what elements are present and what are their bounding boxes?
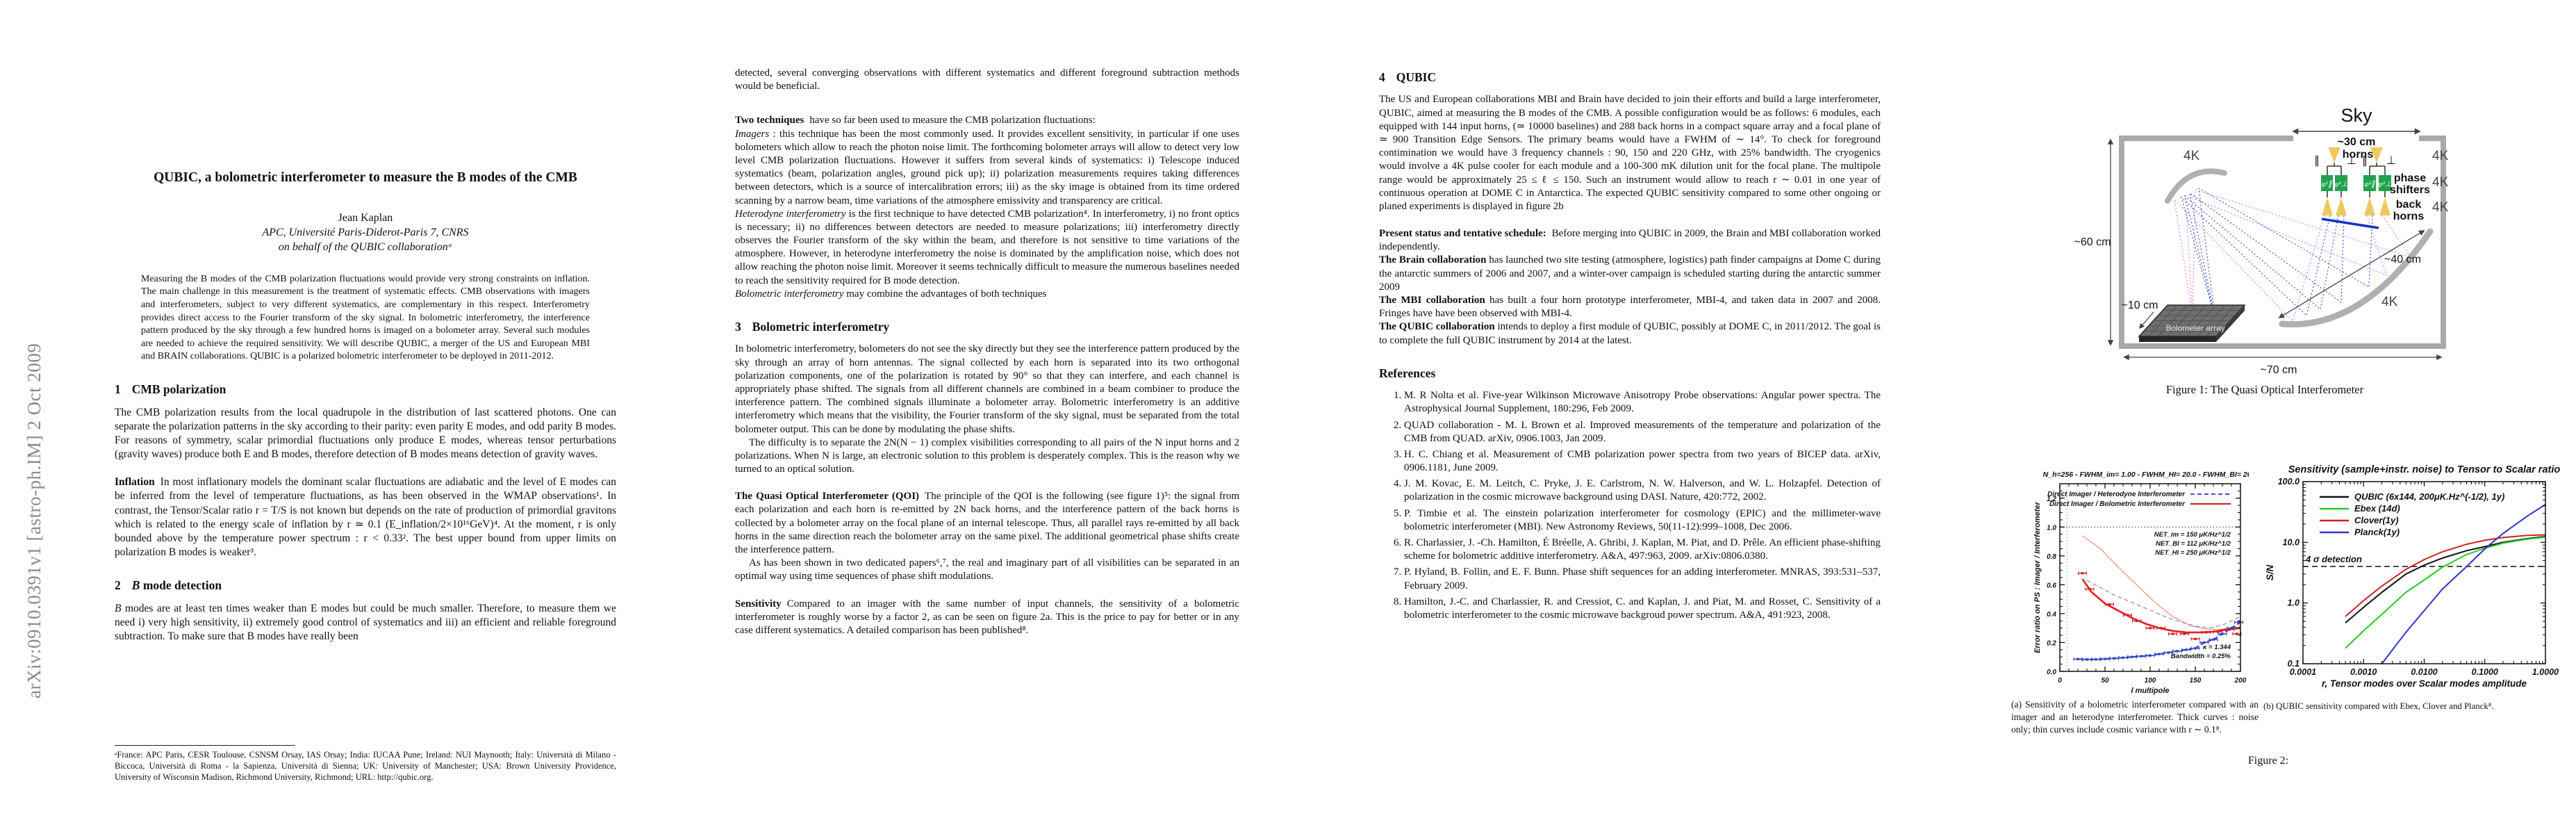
beam-combiner-line — [2322, 219, 2379, 228]
svg-text:150: 150 — [2190, 677, 2202, 685]
svg-text:κ = 1.344: κ = 1.344 — [2203, 644, 2231, 651]
svg-text:0.0100: 0.0100 — [2411, 667, 2437, 677]
svg-text:1.0: 1.0 — [2047, 524, 2056, 532]
page-title: QUBIC, a bolometric interferometer to me… — [115, 169, 616, 186]
reference-item: P. Timbie et al. The einstein polarizati… — [1404, 507, 1881, 534]
reference-item: H. C. Chiang et al. Measurement of CMB p… — [1404, 448, 1881, 475]
svg-text:N_h=256 - FWHM_im= 1.00 -: N_h=256 - FWHM_im= 1.00 - FWHM_HI= 20.0 … — [2043, 471, 2249, 479]
svg-text:0.4: 0.4 — [2047, 611, 2056, 619]
figure-1-diagram: Sky ~30 cm horns ∥ ⊥ ∥ ⊥ φ¹∥ φ¹⊥ φ²∥ φ²⊥ — [2070, 54, 2557, 377]
back-horn-stems — [2327, 191, 2385, 197]
phase-label-1: phase — [2394, 172, 2426, 184]
svg-text:l multipole: l multipole — [2131, 687, 2170, 695]
svg-text:Sensitivity (sample+instr. noi: Sensitivity (sample+instr. noise) to Ten… — [2288, 464, 2561, 475]
back-label-2: horns — [2393, 211, 2425, 222]
figure-2a-caption: (a) Sensitivity of a bolometric interfer… — [2011, 698, 2259, 735]
sky-label: Sky — [2340, 105, 2372, 126]
svg-text:Direct Imager / Bolometric Int: Direct Imager / Bolometric Interferomete… — [2049, 500, 2186, 508]
4k-label: 4K — [2381, 295, 2398, 309]
bolometric-line: Bolometric interferometry may combine th… — [735, 288, 1239, 301]
author-name: Jean Kaplan — [115, 211, 616, 226]
svg-text:100: 100 — [2145, 677, 2156, 685]
bolometer-array-label: Bolometer array — [2165, 323, 2224, 333]
two-techniques-paragraph: Two techniqueshave so far been used to m… — [735, 114, 1239, 127]
qoi-paragraph: The Quasi Optical Interferometer (QOI)Th… — [735, 490, 1239, 557]
svg-text:Bandwidth = 0.25%: Bandwidth = 0.25% — [2171, 653, 2231, 660]
primary-mirror — [2282, 231, 2430, 325]
arxiv-stamp: arXiv:0910.0391v1 [astro-ph.IM] 2 Oct 20… — [24, 343, 45, 698]
svg-text:NET_im = 150 μK/Hz^1/2: NET_im = 150 μK/Hz^1/2 — [2154, 531, 2231, 539]
reference-item: J. M. Kovac, E. M. Leitch, C. Pryke, J. … — [1404, 477, 1881, 504]
qoi-diagram-svg: Sky ~30 cm horns ∥ ⊥ ∥ ⊥ φ¹∥ φ¹⊥ φ²∥ φ²⊥ — [2070, 54, 2557, 377]
carryover-paragraph: detected, several converging observation… — [735, 67, 1239, 93]
4k-label: 4K — [2432, 149, 2449, 163]
inflation-lead: Inflation — [115, 476, 155, 488]
author-behalf: on behalf of the QUBIC collaborationᵃ — [115, 240, 616, 255]
page3-column: 4QUBIC The US and European collaboration… — [1379, 69, 1881, 625]
svg-text:NET_BI = 112 μK/Hz^1/2: NET_BI = 112 μK/Hz^1/2 — [2156, 540, 2231, 548]
mbi-paragraph: The MBI collaboration has built a four h… — [1379, 294, 1881, 320]
70cm-label: ~70 cm — [2261, 364, 2297, 376]
figure-2b-caption: (b) QUBIC sensitivity compared with Ebex… — [2263, 701, 2559, 712]
heterodyne-paragraph: Heterodyne interferometry is the first t… — [735, 208, 1239, 288]
references-heading: References — [1379, 366, 1881, 381]
4k-label: 4K — [2183, 149, 2200, 163]
svg-text:S/N: S/N — [2265, 565, 2275, 581]
section-2-paragraph: B modes are at least ten times weaker th… — [115, 602, 616, 644]
svg-text:Direct Imager / Heterodyne Int: Direct Imager / Heterodyne Interferomete… — [2047, 491, 2186, 498]
section-2-heading: 2B mode detection — [115, 578, 616, 594]
svg-text:φ¹∥: φ¹∥ — [2322, 180, 2333, 188]
reference-item: QUAD collaboration - M. L Brown et al. I… — [1404, 419, 1881, 445]
svg-text:0: 0 — [2058, 677, 2062, 685]
30cm-label: ~30 cm — [2338, 136, 2376, 148]
tensor-scalar-chart: 4 σ detection0.00010.00100.01000.10001.0… — [2261, 455, 2565, 697]
reference-item: P. Hyland, B. Follin, and E. F. Bunn. Ph… — [1404, 566, 1881, 592]
back-horns — [2322, 197, 2391, 215]
figure-1-caption: Figure 1: The Quasi Optical Interferomet… — [2036, 383, 2494, 397]
figure-2a-plot: 0501001502000.00.20.40.60.81.01.2N_h=256… — [2032, 456, 2249, 703]
svg-text:0.8: 0.8 — [2047, 553, 2056, 561]
inflation-paragraph: InflationIn most inflationary models the… — [115, 475, 616, 559]
perp-symbol: ⊥ — [2347, 155, 2356, 167]
svg-text:0.0: 0.0 — [2047, 669, 2056, 676]
svg-text:10.0: 10.0 — [2283, 537, 2300, 547]
4k-label: 4K — [2432, 200, 2449, 215]
svg-text:Clover(1y): Clover(1y) — [2354, 515, 2399, 525]
author-affiliation: APC, Université Paris-Diderot-Paris 7, C… — [115, 226, 616, 240]
phase-label-2: shifters — [2390, 184, 2430, 196]
svg-text:QUBIC (6x144, 200μK.Hz^(-1/2),: QUBIC (6x144, 200μK.Hz^(-1/2), 1y) — [2354, 491, 2504, 502]
svg-text:0.6: 0.6 — [2047, 582, 2056, 589]
svg-text:r, Tensor modes over Scalar mo: r, Tensor modes over Scalar modes amplit… — [2322, 678, 2527, 689]
svg-text:φ¹⊥: φ¹⊥ — [2335, 180, 2348, 188]
4k-label: 4K — [2432, 175, 2449, 190]
reference-item: Hamilton, J.-C. and Charlassier, R. and … — [1404, 596, 1881, 622]
10cm-label: ~10 cm — [2122, 300, 2158, 311]
qoi-paragraph-2: As has been shown in two dedicated paper… — [735, 557, 1239, 583]
40cm-label: ~40 cm — [2384, 254, 2421, 265]
svg-text:0.2: 0.2 — [2047, 639, 2056, 647]
svg-text:0.0010: 0.0010 — [2350, 667, 2377, 677]
optical-rays — [2174, 188, 2411, 321]
references-list: M. R Nolta et al. Five-year Wilkinson Mi… — [1379, 389, 1881, 622]
svg-text:Error ratio on PS : Imager / I: Error ratio on PS : Imager / Interferome… — [2033, 501, 2042, 653]
svg-text:1.0000: 1.0000 — [2532, 667, 2559, 677]
parallel-symbol: ∥ — [2314, 155, 2320, 167]
figure-2b-plot: 4 σ detection0.00010.00100.01000.10001.0… — [2261, 455, 2565, 701]
svg-text:0.1000: 0.1000 — [2472, 667, 2498, 677]
brain-paragraph: The Brain collaboration has launched two… — [1379, 254, 1881, 294]
reference-item: R. Charlassier, J. -Ch. Hamilton, É Brée… — [1404, 537, 1881, 563]
figure-2-label: Figure 2: — [2011, 755, 2525, 767]
sensitivity-ratio-chart: 0501001502000.00.20.40.60.81.01.2N_h=256… — [2032, 456, 2249, 699]
imagers-paragraph: Imagers : this technique has been the mo… — [735, 128, 1239, 208]
svg-text:4 σ detection: 4 σ detection — [2305, 554, 2362, 564]
svg-text:50: 50 — [2101, 677, 2109, 685]
parallel-symbol: ∥ — [2362, 155, 2368, 167]
page2-column: detected, several converging observation… — [735, 67, 1239, 637]
qubic-collab-paragraph: The QUBIC collaboration intends to deplo… — [1379, 320, 1881, 347]
section-1-paragraph: The CMB polarization results from the lo… — [115, 406, 616, 462]
60cm-label: ~60 cm — [2074, 236, 2111, 248]
section-4-paragraph: The US and European collaborations MBI a… — [1379, 93, 1881, 213]
back-label-1: back — [2396, 199, 2422, 211]
svg-text:0.1: 0.1 — [2288, 659, 2300, 669]
section-3-paragraph-1: In bolometric interferometry, bolometers… — [735, 343, 1239, 436]
svg-text:Ebex (14d): Ebex (14d) — [2354, 503, 2400, 514]
status-paragraph: Present status and tentative schedule:Be… — [1379, 227, 1881, 254]
section-3-paragraph-2: The difficulty is to separate the 2N(N −… — [735, 436, 1239, 477]
phase-shifter-boxes: φ¹∥ φ¹⊥ φ²∥ φ²⊥ — [2321, 175, 2391, 191]
footnote: ᵃFrance: APC Paris, CESR Toulouse, CSNSM… — [115, 745, 616, 783]
svg-text:Planck(1y): Planck(1y) — [2354, 527, 2400, 537]
svg-text:0.0001: 0.0001 — [2290, 667, 2316, 677]
paper-screenshot: { "arxiv": {"stamp": "arXiv:0910.0391v1 … — [0, 0, 2576, 834]
reference-item: M. R Nolta et al. Five-year Wilkinson Mi… — [1404, 389, 1881, 416]
svg-text:1.0: 1.0 — [2288, 598, 2300, 608]
perp-symbol: ⊥ — [2386, 155, 2396, 167]
section-4-heading: 4QUBIC — [1379, 69, 1881, 85]
svg-text:100.0: 100.0 — [2278, 477, 2300, 486]
page1-column: QUBIC, a bolometric interferometer to me… — [115, 169, 616, 644]
svg-text:NET_HI = 250 μK/Hz^1/2: NET_HI = 250 μK/Hz^1/2 — [2155, 549, 2231, 557]
section-1-heading: 1CMB polarization — [115, 382, 616, 398]
footnote-rule — [115, 745, 295, 746]
abstract: Measuring the B modes of the CMB polariz… — [141, 273, 590, 363]
svg-text:φ²∥: φ²∥ — [2365, 180, 2376, 188]
section-3-heading: 3Bolometric interferometry — [735, 319, 1239, 334]
svg-text:200: 200 — [2234, 677, 2247, 685]
40cm-arrow — [2279, 231, 2424, 318]
sensitivity-paragraph: SensitivityCompared to an imager with th… — [735, 598, 1239, 638]
